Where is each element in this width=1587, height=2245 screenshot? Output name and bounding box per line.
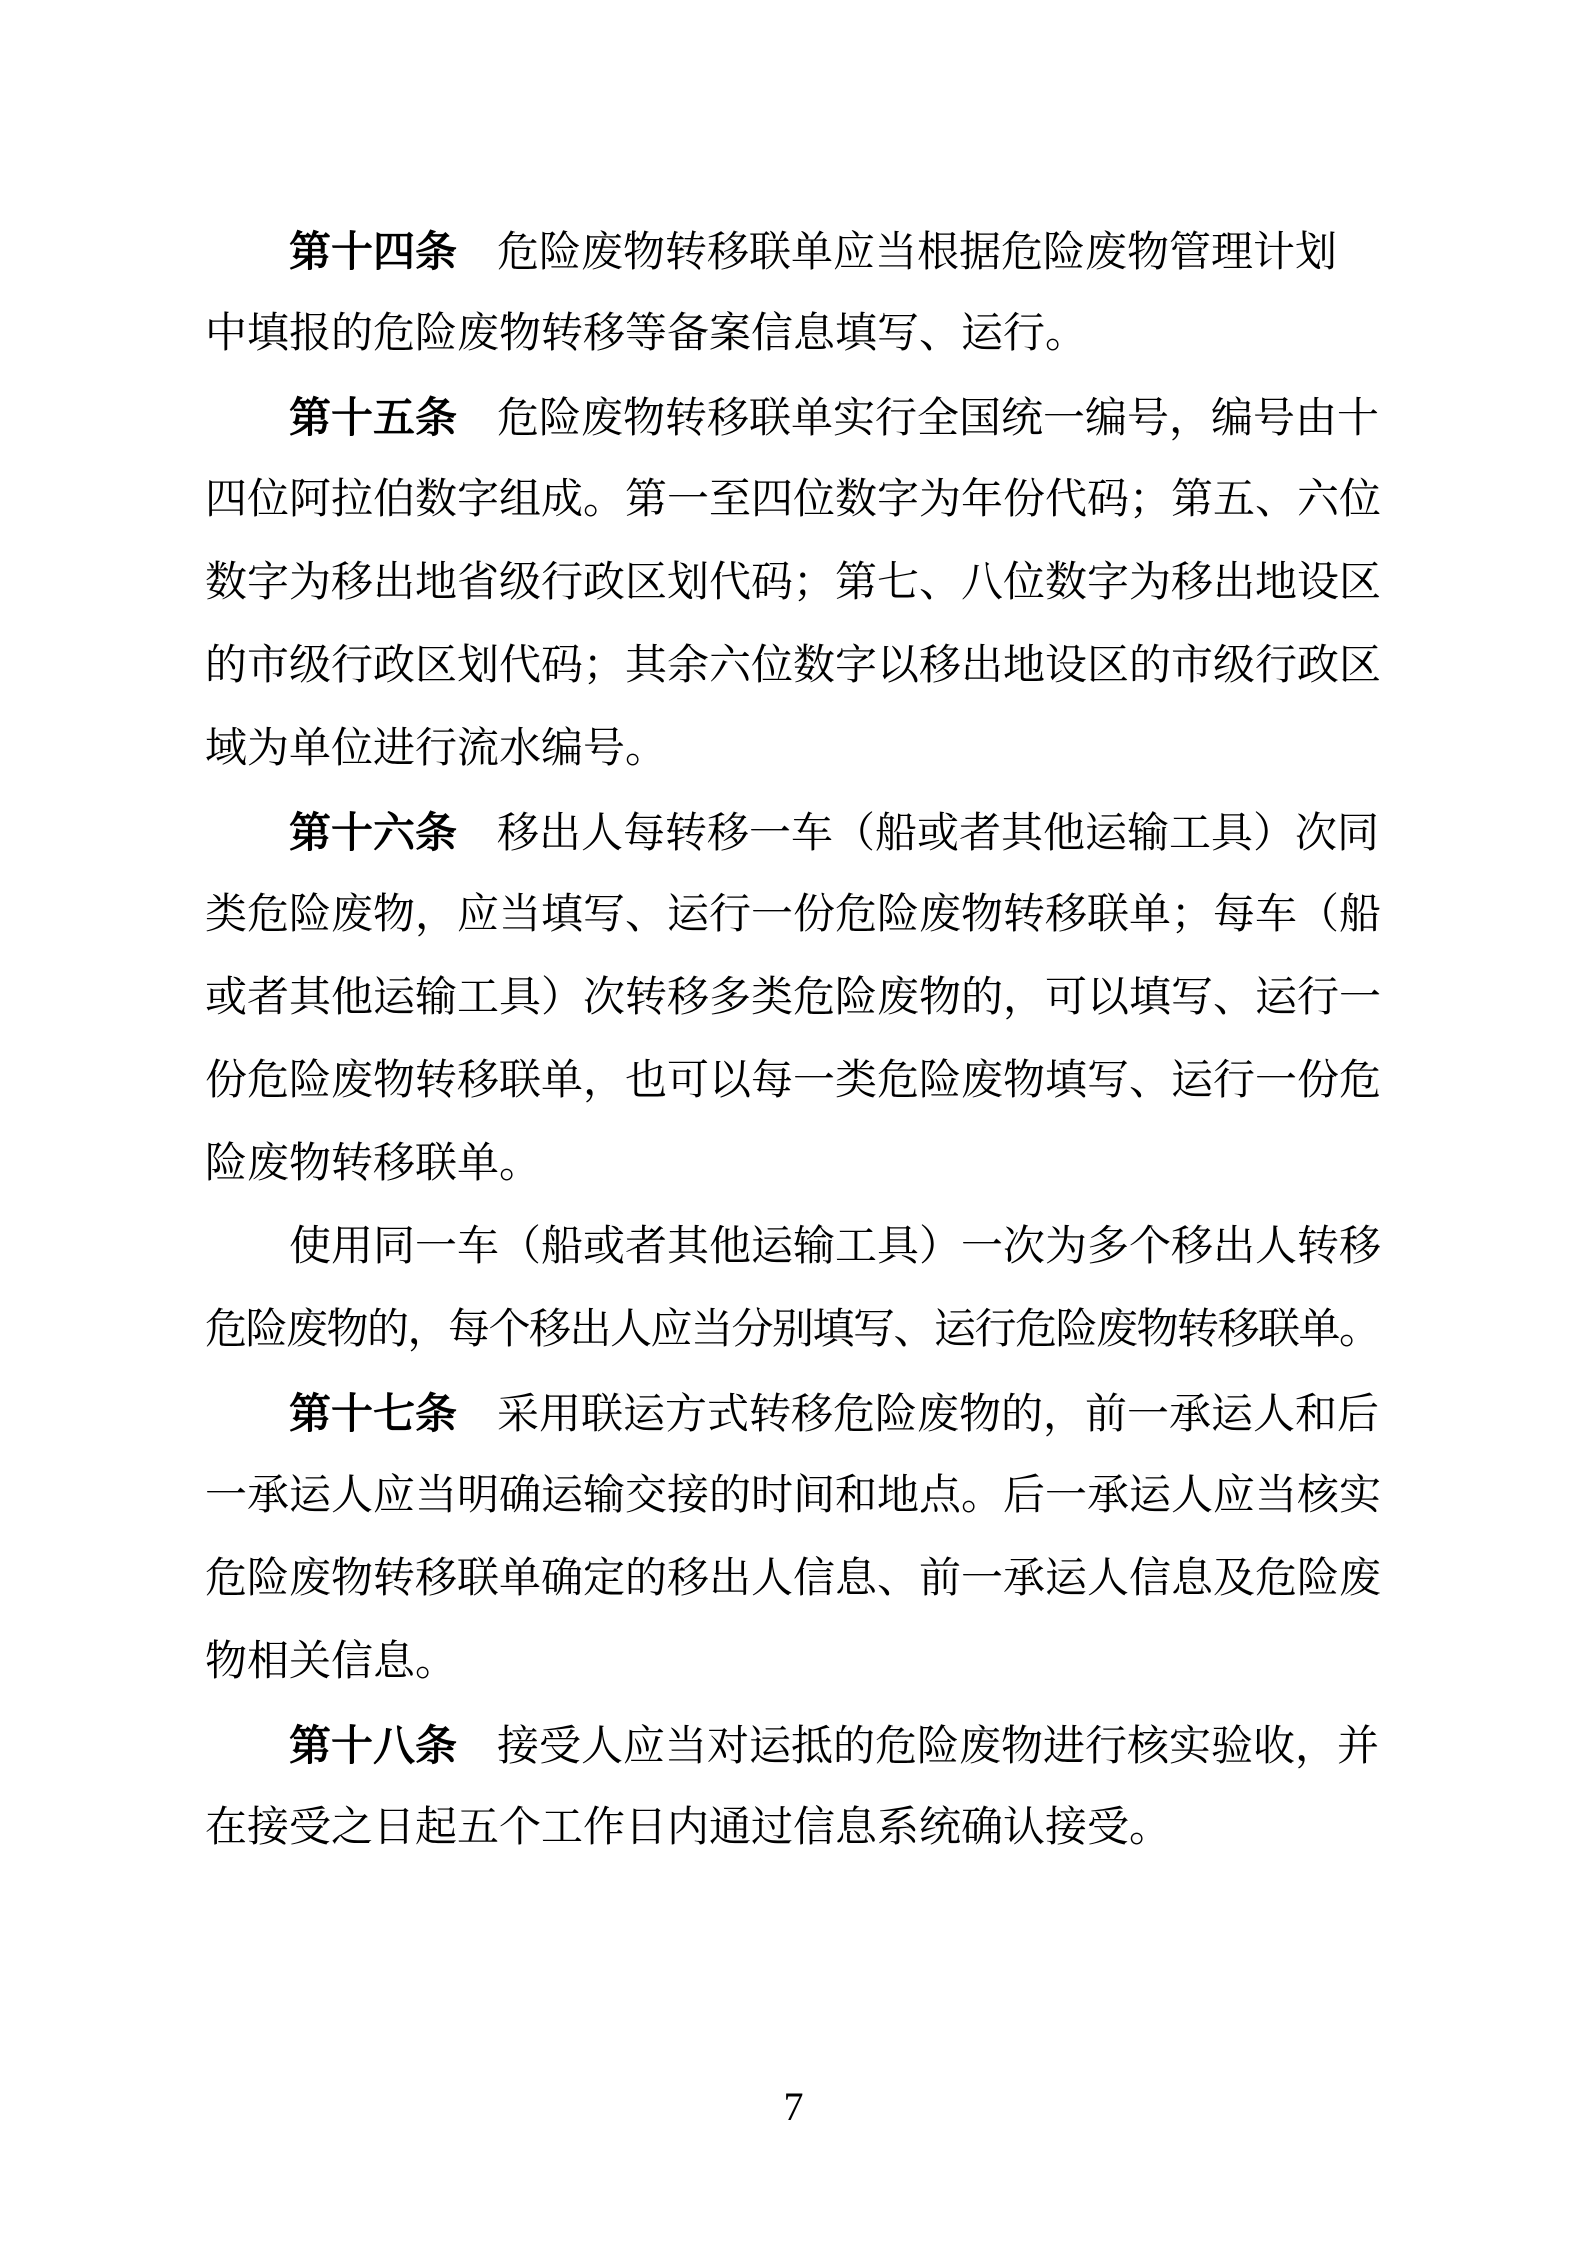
text-line: 一承运人应当明确运输交接的时间和地点。后一承运人应当核实: [205, 1455, 1390, 1538]
text-line: 第十五条危险废物转移联单实行全国统一编号，编号由十: [205, 376, 1390, 459]
line-text: 类危险废物，应当填写、运行一份危险废物转移联单；每车（船: [205, 892, 1381, 938]
line-text: 危险废物的，每个移出人应当分别填写、运行危险废物转移联单。: [205, 1307, 1380, 1353]
line-text: 或者其他运输工具）次转移多类危险废物的，可以填写、运行一: [205, 975, 1381, 1021]
article-number: 第十七条: [289, 1390, 457, 1437]
article-number: 第十五条: [289, 394, 457, 441]
text-line: 物相关信息。: [205, 1621, 1390, 1704]
line-text: 险废物转移联单。: [205, 1141, 541, 1187]
line-text: 危险废物转移联单实行全国统一编号，编号由十: [497, 396, 1379, 442]
line-text: 物相关信息。: [205, 1639, 457, 1685]
line-text: 四位阿拉伯数字组成。第一至四位数字为年份代码；第五、六位: [205, 477, 1381, 523]
article-number: 第十四条: [289, 228, 457, 275]
line-text: 一承运人应当明确运输交接的时间和地点。后一承运人应当核实: [205, 1473, 1381, 1519]
text-line: 使用同一车（船或者其他运输工具）一次为多个移出人转移: [205, 1206, 1390, 1289]
text-line: 数字为移出地省级行政区划代码；第七、八位数字为移出地设区: [205, 542, 1390, 625]
line-text: 的市级行政区划代码；其余六位数字以移出地设区的市级行政区: [205, 643, 1381, 689]
text-line: 的市级行政区划代码；其余六位数字以移出地设区的市级行政区: [205, 625, 1390, 708]
line-text: 采用联运方式转移危险废物的，前一承运人和后: [497, 1392, 1379, 1438]
text-line: 或者其他运输工具）次转移多类危险废物的，可以填写、运行一: [205, 957, 1390, 1040]
page-number: 7: [0, 2082, 1587, 2132]
text-line: 危险废物的，每个移出人应当分别填写、运行危险废物转移联单。: [205, 1289, 1390, 1372]
line-text: 使用同一车（船或者其他运输工具）一次为多个移出人转移: [289, 1224, 1381, 1270]
text-line: 在接受之日起五个工作日内通过信息系统确认接受。: [205, 1787, 1390, 1870]
line-text: 中填报的危险废物转移等备案信息填写、运行。: [205, 311, 1087, 357]
text-line: 中填报的危险废物转移等备案信息填写、运行。: [205, 293, 1390, 376]
text-line: 第十七条采用联运方式转移危险废物的，前一承运人和后: [205, 1372, 1390, 1455]
article-number: 第十八条: [289, 1722, 457, 1769]
line-text: 数字为移出地省级行政区划代码；第七、八位数字为移出地设区: [205, 560, 1381, 606]
text-line: 份危险废物转移联单，也可以每一类危险废物填写、运行一份危: [205, 1040, 1390, 1123]
line-text: 移出人每转移一车（船或者其他运输工具）次同: [497, 811, 1379, 857]
text-line: 类危险废物，应当填写、运行一份危险废物转移联单；每车（船: [205, 874, 1390, 957]
text-line: 域为单位进行流水编号。: [205, 708, 1390, 791]
line-text: 危险废物转移联单确定的移出人信息、前一承运人信息及危险废: [205, 1556, 1381, 1602]
line-text: 域为单位进行流水编号。: [205, 726, 667, 772]
text-line: 四位阿拉伯数字组成。第一至四位数字为年份代码；第五、六位: [205, 459, 1390, 542]
line-text: 接受人应当对运抵的危险废物进行核实验收，并: [497, 1724, 1379, 1770]
line-text: 份危险废物转移联单，也可以每一类危险废物填写、运行一份危: [205, 1058, 1381, 1104]
text-line: 第十八条接受人应当对运抵的危险废物进行核实验收，并: [205, 1704, 1390, 1787]
text-line: 第十六条移出人每转移一车（船或者其他运输工具）次同: [205, 791, 1390, 874]
article-number: 第十六条: [289, 809, 457, 856]
line-text: 在接受之日起五个工作日内通过信息系统确认接受。: [205, 1805, 1171, 1851]
text-line: 第十四条危险废物转移联单应当根据危险废物管理计划: [205, 210, 1390, 293]
text-line: 险废物转移联单。: [205, 1123, 1390, 1206]
line-text: 危险废物转移联单应当根据危险废物管理计划: [497, 230, 1337, 276]
document-page: 第十四条危险废物转移联单应当根据危险废物管理计划中填报的危险废物转移等备案信息填…: [0, 0, 1587, 2245]
document-body: 第十四条危险废物转移联单应当根据危险废物管理计划中填报的危险废物转移等备案信息填…: [205, 210, 1390, 1870]
text-line: 危险废物转移联单确定的移出人信息、前一承运人信息及危险废: [205, 1538, 1390, 1621]
